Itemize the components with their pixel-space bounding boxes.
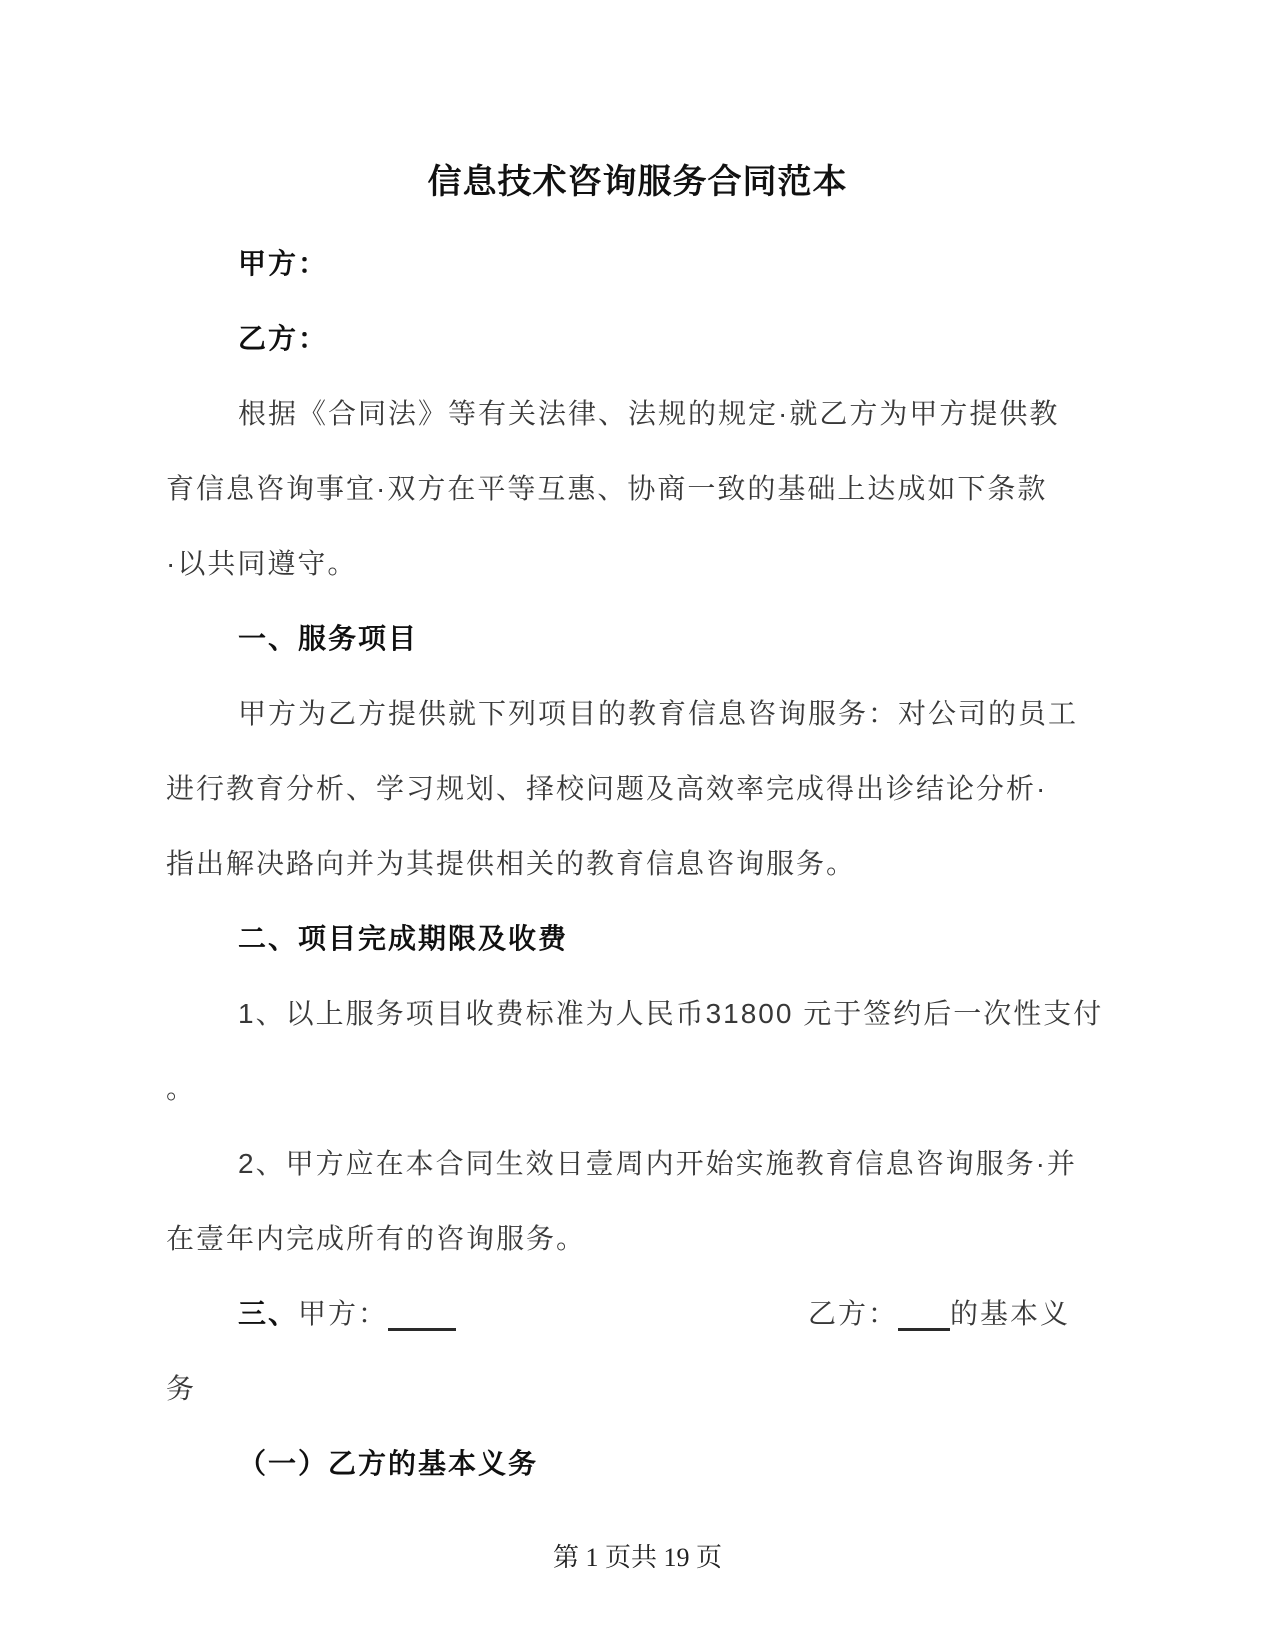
doc-line: 甲方为乙方提供就下列项目的教育信息咨询服务：对公司的员工: [166, 676, 1065, 751]
doc-line: 在壹年内完成所有的咨询服务。: [166, 1201, 1065, 1276]
doc-line: 二、项目完成期限及收费: [166, 901, 1065, 976]
doc-line: 1、以上服务项目收费标准为人民币31800 元于签约后一次性支付: [166, 976, 1065, 1051]
doc-line: 乙方：: [166, 301, 1065, 376]
doc-line: （一）乙方的基本义务: [166, 1426, 1065, 1501]
doc-text-segment: 甲方：: [298, 1298, 388, 1329]
doc-text-segment: 三、: [238, 1298, 298, 1329]
doc-line: ·以共同遵守。: [166, 526, 1065, 601]
doc-line: 根据《合同法》等有关法律、法规的规定·就乙方为甲方提供教: [166, 376, 1065, 451]
doc-line-right-segment: 乙方：的基本义: [808, 1276, 1070, 1351]
doc-line: 三、甲方：乙方：的基本义: [166, 1276, 1065, 1351]
doc-line: 进行教育分析、学习规划、择校问题及高效率完成得出诊结论分析·: [166, 751, 1065, 826]
doc-line: 一、服务项目: [166, 601, 1065, 676]
doc-line: 。: [166, 1051, 1065, 1126]
document-title: 信息技术咨询服务合同范本: [0, 145, 1275, 220]
doc-line: 2、甲方应在本合同生效日壹周内开始实施教育信息咨询服务·并: [166, 1126, 1065, 1201]
doc-line: 甲方：: [166, 226, 1065, 301]
document-body: 甲方：乙方：根据《合同法》等有关法律、法规的规定·就乙方为甲方提供教育信息咨询事…: [166, 226, 1065, 1501]
blank-underline: [388, 1328, 456, 1331]
doc-line: 指出解决路向并为其提供相关的教育信息咨询服务。: [166, 826, 1065, 901]
doc-text-segment: 乙方：: [808, 1298, 898, 1329]
blank-underline: [898, 1328, 950, 1331]
document-page: 信息技术咨询服务合同范本 甲方：乙方：根据《合同法》等有关法律、法规的规定·就乙…: [0, 0, 1275, 1650]
doc-line: 务: [166, 1351, 1065, 1426]
doc-text-segment: 的基本义: [950, 1298, 1070, 1329]
doc-line: 育信息咨询事宜·双方在平等互惠、协商一致的基础上达成如下条款: [166, 451, 1065, 526]
page-number-footer: 第 1 页共 19 页: [0, 1541, 1275, 1575]
